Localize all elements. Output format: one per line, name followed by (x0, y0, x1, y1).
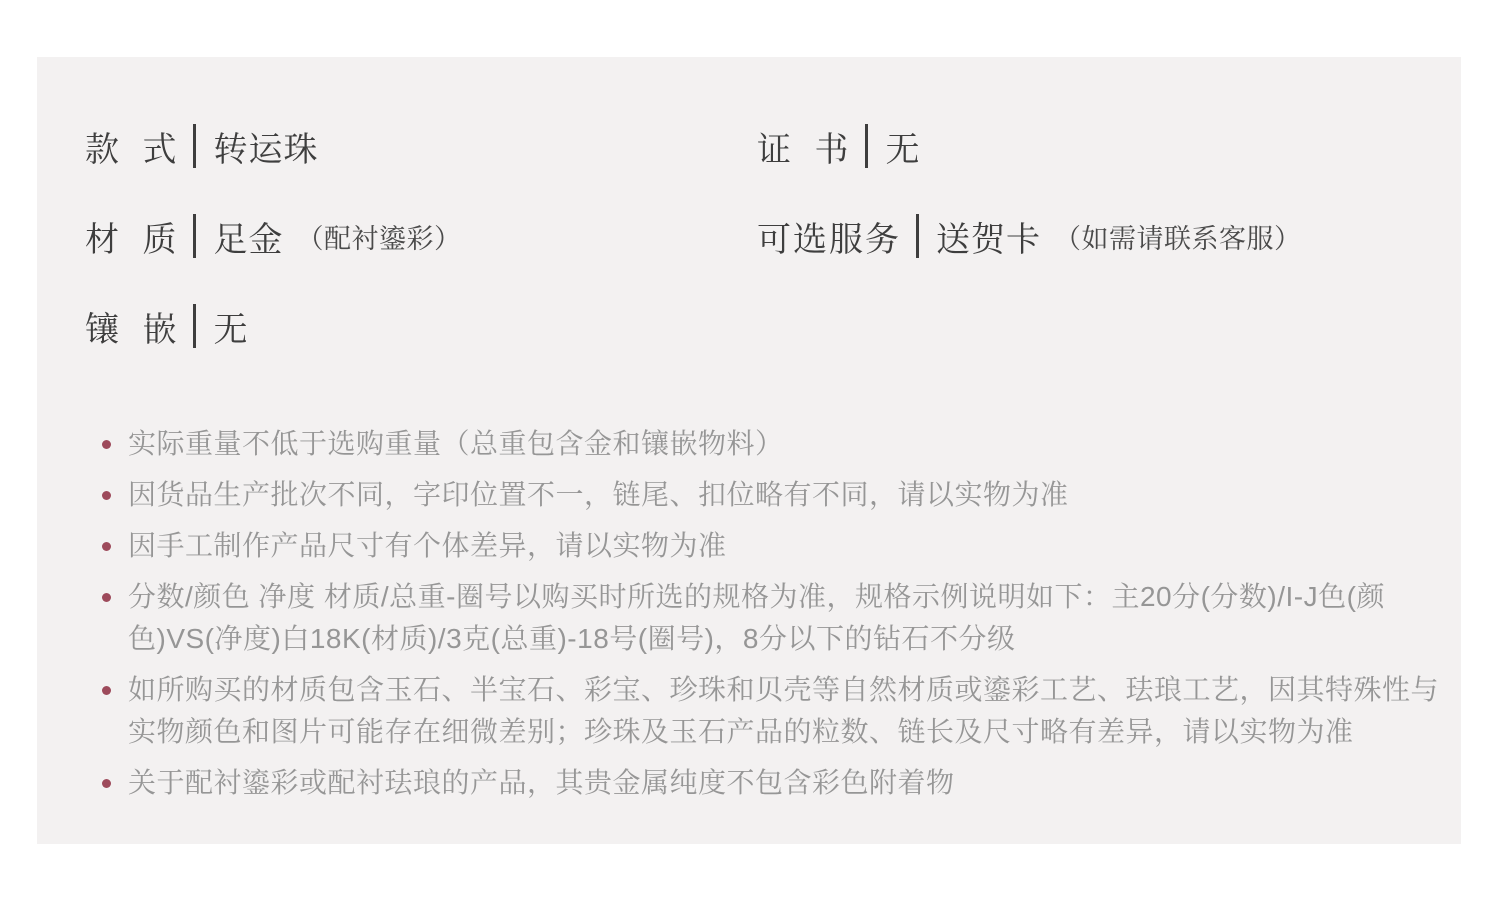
spec-row-inlay: 镶 嵌 无 (85, 303, 461, 349)
note-text: 分数/颜色 净度 材质/总重-圈号以购买时所选的规格为准，规格示例说明如下：主2… (128, 581, 1385, 654)
bullet-dot-icon (102, 593, 111, 602)
spec-label-style: 款 式 (85, 122, 178, 171)
spec-value-inlay: 无 (213, 302, 248, 351)
divider-bar (916, 214, 919, 258)
spec-value-material: 足金 (213, 212, 283, 261)
note-text: 关于配衬鎏彩或配衬珐琅的产品，其贵金属纯度不包含彩色附着物 (128, 767, 955, 798)
spec-label-certificate: 证 书 (757, 122, 850, 171)
spec-column-left: 款 式 转运珠 材 质 足金 （配衬鎏彩） 镶 嵌 无 (85, 123, 461, 393)
divider-bar (193, 124, 196, 168)
spec-note-optional-service: （如需请联系客服） (1054, 217, 1302, 256)
spec-value-certificate: 无 (885, 122, 920, 171)
bullet-dot-icon (102, 779, 111, 788)
bullet-dot-icon (102, 491, 111, 500)
spec-value-optional-service: 送贺卡 (936, 212, 1041, 261)
product-spec-card: 款 式 转运珠 材 质 足金 （配衬鎏彩） 镶 嵌 无 证 书 无 可选服务 送… (37, 57, 1461, 844)
list-item: 关于配衬鎏彩或配衬珐琅的产品，其贵金属纯度不包含彩色附着物 (100, 762, 1445, 804)
list-item: 如所购买的材质包含玉石、半宝石、彩宝、珍珠和贝壳等自然材质或鎏彩工艺、珐琅工艺，… (100, 669, 1445, 753)
spec-note-material: （配衬鎏彩） (296, 217, 461, 256)
spec-row-material: 材 质 足金 （配衬鎏彩） (85, 213, 461, 259)
note-text: 因手工制作产品尺寸有个体差异，请以实物为准 (128, 530, 727, 561)
list-item: 因货品生产批次不同，字印位置不一，链尾、扣位略有不同，请以实物为准 (100, 474, 1445, 516)
spec-row-style: 款 式 转运珠 (85, 123, 461, 169)
spec-row-certificate: 证 书 无 (757, 123, 1302, 169)
list-item: 实际重量不低于选购重量（总重包含金和镶嵌物料） (100, 423, 1445, 465)
divider-bar (865, 124, 868, 168)
divider-bar (193, 214, 196, 258)
note-text: 因货品生产批次不同，字印位置不一，链尾、扣位略有不同，请以实物为准 (128, 479, 1069, 510)
note-text: 实际重量不低于选购重量（总重包含金和镶嵌物料） (128, 428, 784, 459)
note-text: 如所购买的材质包含玉石、半宝石、彩宝、珍珠和贝壳等自然材质或鎏彩工艺、珐琅工艺，… (128, 674, 1439, 747)
spec-label-inlay: 镶 嵌 (85, 302, 178, 351)
bullet-dot-icon (102, 542, 111, 551)
spec-label-material: 材 质 (85, 212, 178, 261)
spec-value-style: 转运珠 (213, 122, 318, 171)
spec-label-optional-service: 可选服务 (757, 212, 901, 261)
bullet-dot-icon (102, 686, 111, 695)
bullet-dot-icon (102, 440, 111, 449)
divider-bar (193, 304, 196, 348)
spec-row-optional-service: 可选服务 送贺卡 （如需请联系客服） (757, 213, 1302, 259)
list-item: 因手工制作产品尺寸有个体差异，请以实物为准 (100, 525, 1445, 567)
spec-column-right: 证 书 无 可选服务 送贺卡 （如需请联系客服） (757, 123, 1302, 303)
list-item: 分数/颜色 净度 材质/总重-圈号以购买时所选的规格为准，规格示例说明如下：主2… (100, 576, 1445, 660)
disclaimer-notes-list: 实际重量不低于选购重量（总重包含金和镶嵌物料） 因货品生产批次不同，字印位置不一… (100, 423, 1445, 813)
